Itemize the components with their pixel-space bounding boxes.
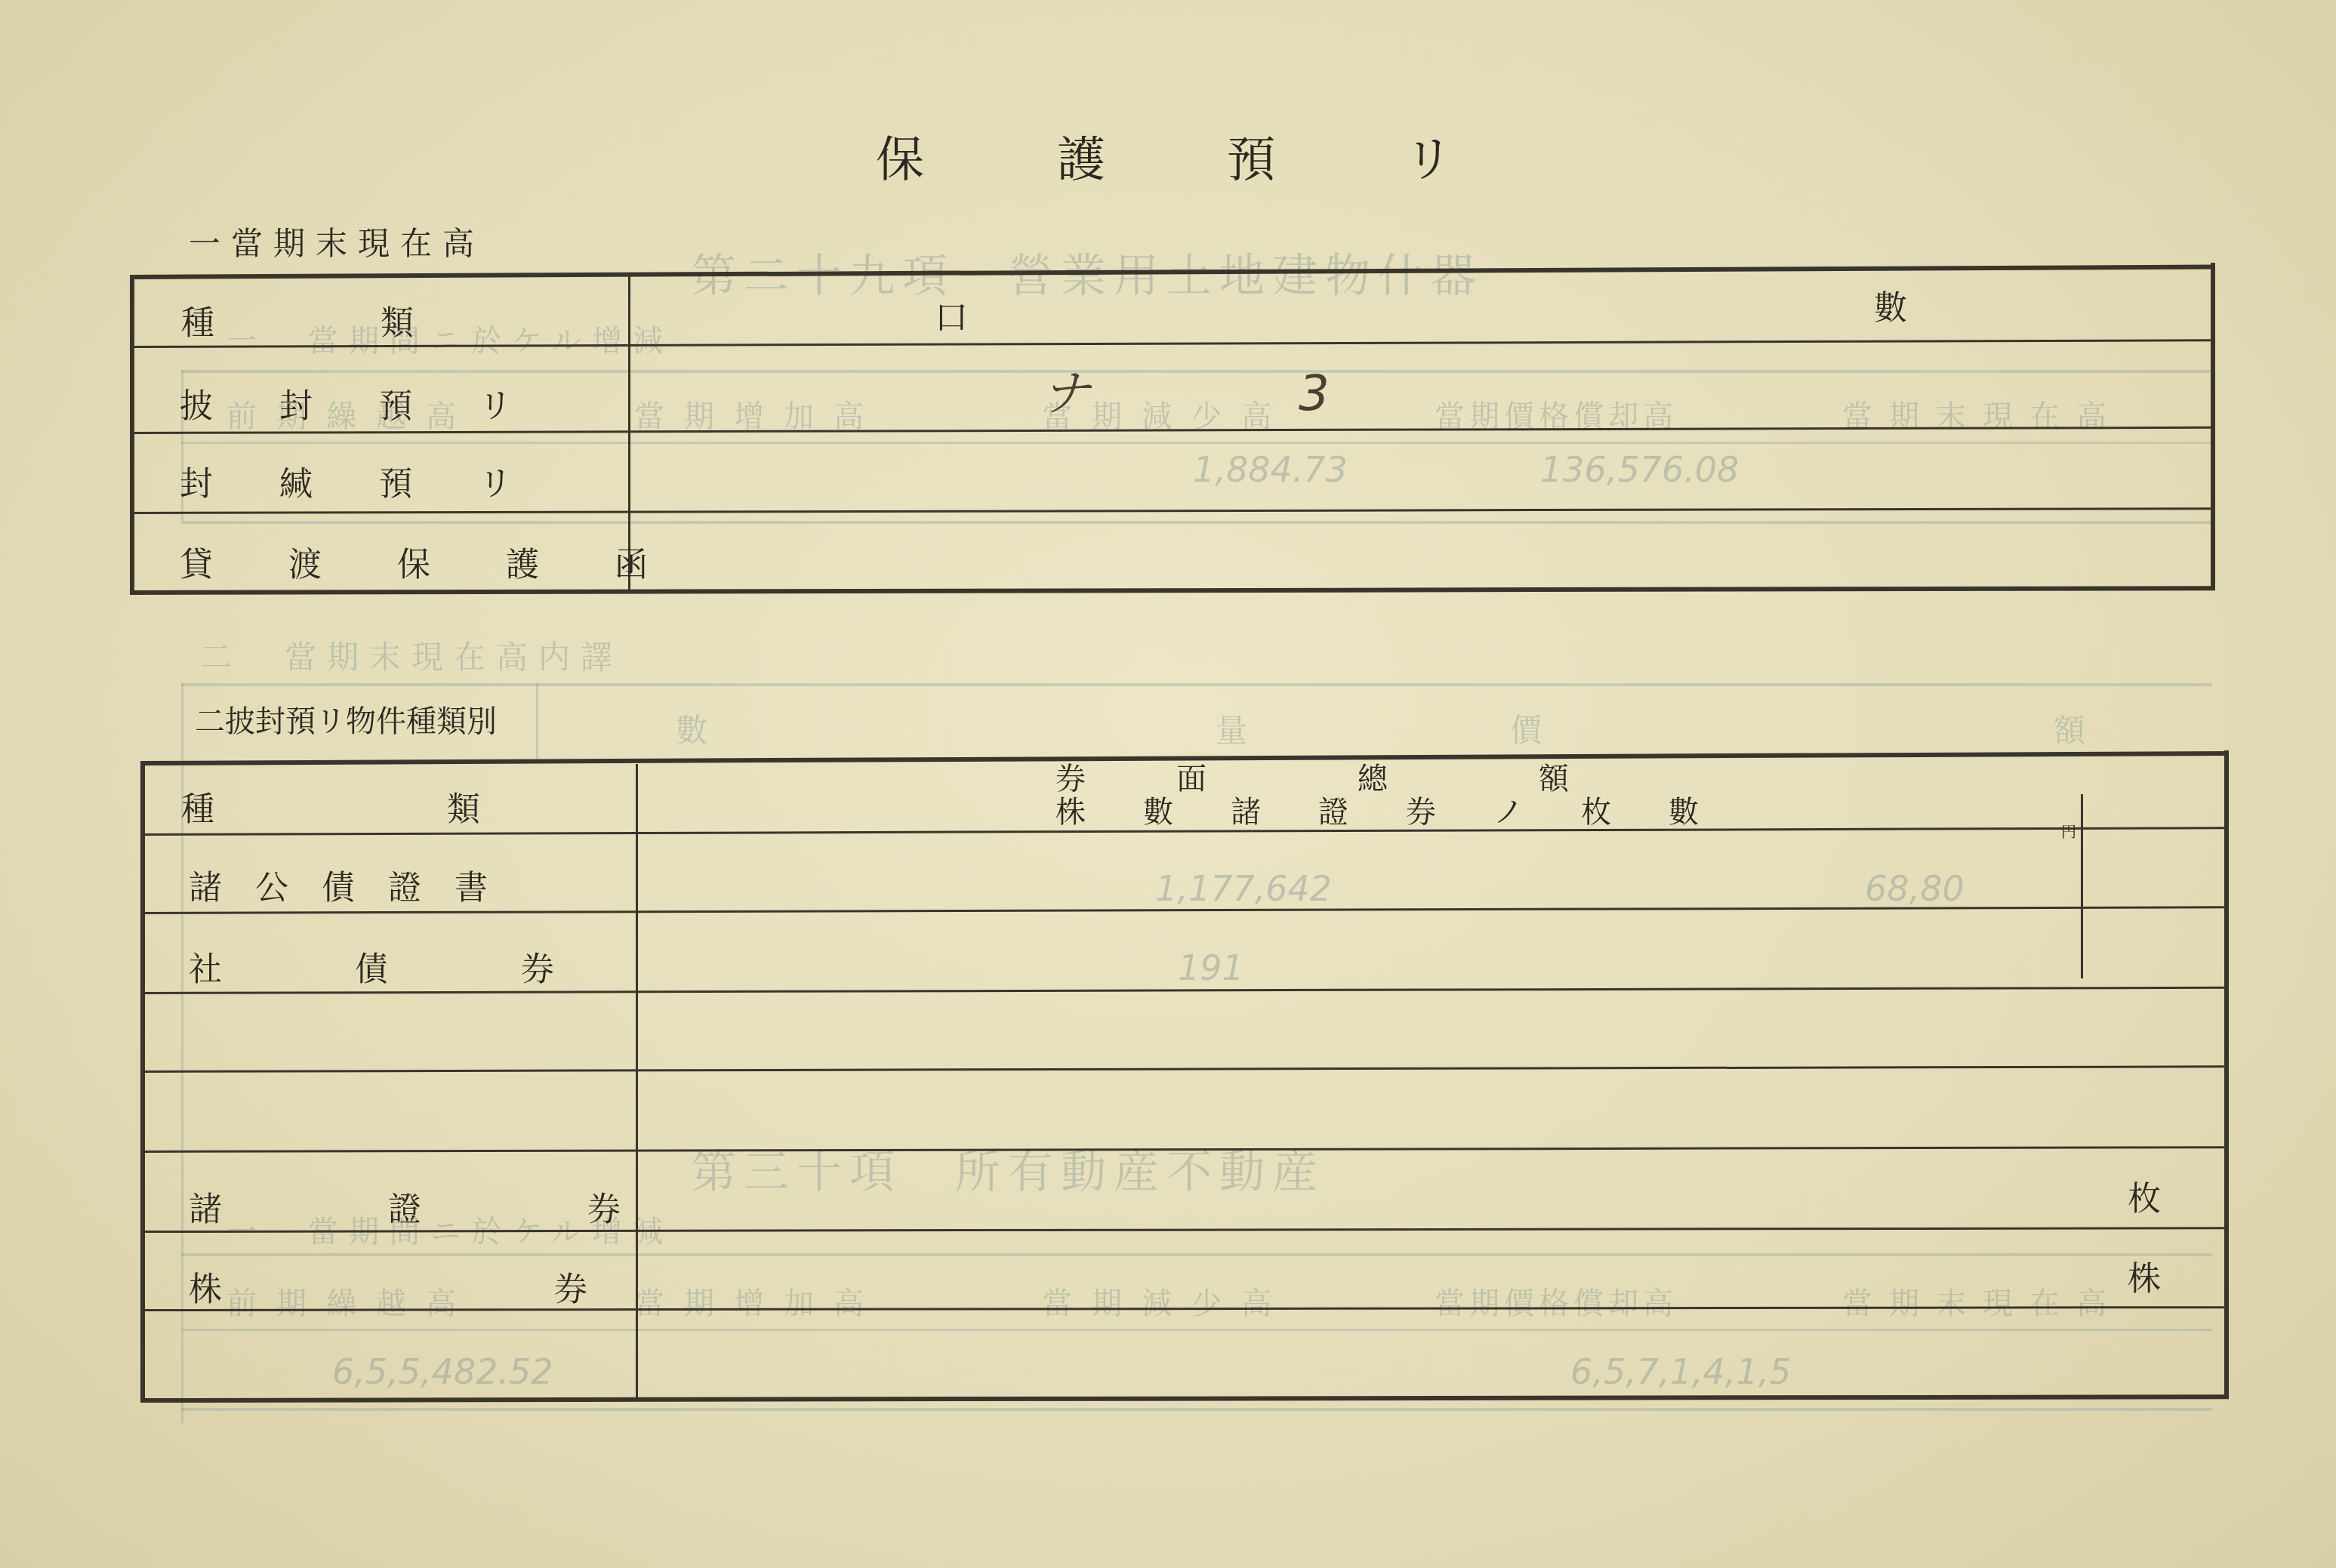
col-header-count: 數 (1874, 281, 1907, 329)
ghost-col-5: 當期末現在高 (1842, 1280, 2123, 1323)
ghost-col-3: 當期減少高 (1042, 1280, 1291, 1323)
title-char: 保 (876, 121, 924, 190)
col-header-kind: 種 類 (181, 296, 414, 344)
row-label: 披 封 預 リ (180, 379, 512, 427)
ghost-number: 1,177,642 (1155, 868, 1332, 909)
ghost-number: 68,80 (1865, 868, 1965, 909)
row-label: 株 券 (189, 1262, 587, 1311)
ghost-col-mid: 價 (1510, 706, 1542, 751)
ghost-col-4: 當期價格償却高 (1435, 1280, 1678, 1323)
col-header-units: 口 (935, 291, 968, 339)
ghost-number: 136,576.08 (1540, 449, 1739, 490)
handwritten-mark: 3 (1299, 366, 1330, 422)
ghost-number: 6,5,7,1,4,1,5 (1570, 1351, 1792, 1392)
section1-heading: 一當期末現在高 (189, 219, 485, 264)
row-label: 貸 渡 保 護 函 (180, 538, 651, 586)
ghost-heading-mid: 二 當期末現在高内譯 (200, 633, 623, 678)
ghost-heading-bottom: 第三十項 所有動産不動産 (691, 1136, 1325, 1201)
ghost-col-mid: 額 (2054, 706, 2085, 751)
unit-sheets: 枚 (2128, 1172, 2161, 1220)
ghost-col-2: 當期增加高 (634, 1280, 883, 1323)
ghost-number: 1,884.73 (1193, 449, 1348, 490)
row-label: 諸 公 債 證 書 (189, 861, 488, 909)
col-header-amount-line2: 株 數 諸 證 券 ノ 枚 數 (1056, 788, 1712, 831)
title-char: 預 (1227, 121, 1275, 190)
handwritten-mark: ナ (1042, 355, 1090, 424)
ghost-number: 6,5,5,482.52 (332, 1351, 553, 1392)
row-label: 諸 證 券 (189, 1182, 621, 1231)
ghost-col-mid: 數 (676, 706, 707, 751)
unit-shares: 株 (2128, 1252, 2161, 1300)
ghost-col-2: 當期增加高 (634, 393, 883, 436)
row-label: 封 緘 預 リ (180, 457, 512, 505)
col-header-kind: 種 類 (181, 782, 480, 830)
row-label: 社 債 券 (189, 942, 554, 990)
ghost-col-mid: 量 (1216, 706, 1247, 751)
yen-unit-label: 円 (2061, 820, 2076, 842)
title-char: 護 (1057, 121, 1105, 190)
title-char: リ (1404, 121, 1453, 190)
ghost-number: 191 (1178, 947, 1244, 988)
section2-heading: 二披封預リ物件種類別 (195, 698, 497, 741)
